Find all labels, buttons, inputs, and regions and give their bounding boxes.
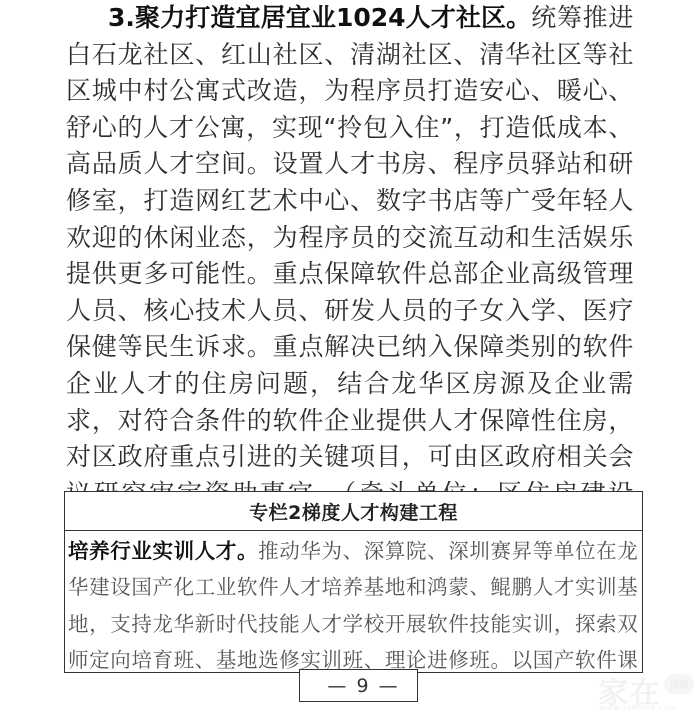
- page-number: — 9 —: [299, 669, 418, 702]
- section-heading: 3.聚力打造宜居宜业1024人才社区。: [108, 3, 531, 32]
- column-box: 专栏2梯度人才构建工程 培养行业实训人才。推动华为、深算院、深圳赛昇等单位在龙华…: [64, 491, 643, 673]
- column-title: 专栏2梯度人才构建工程: [65, 492, 642, 531]
- document-page: 3.聚力打造宜居宜业1024人才社区。统筹推进白石龙社区、红山社区、清湖社区、清…: [0, 0, 700, 713]
- watermark-url: www.szhome.com: [600, 704, 677, 712]
- watermark: 家在 深圳 www.szhome.com: [598, 668, 700, 713]
- watermark-badge: 深圳: [664, 674, 694, 694]
- column-body: 培养行业实训人才。推动华为、深算院、深圳赛昇等单位在龙华建设国产化工业软件人才培…: [65, 531, 642, 673]
- watermark-logo-text: 家在: [598, 668, 662, 712]
- column-lead: 培养行业实训人才。: [68, 539, 258, 563]
